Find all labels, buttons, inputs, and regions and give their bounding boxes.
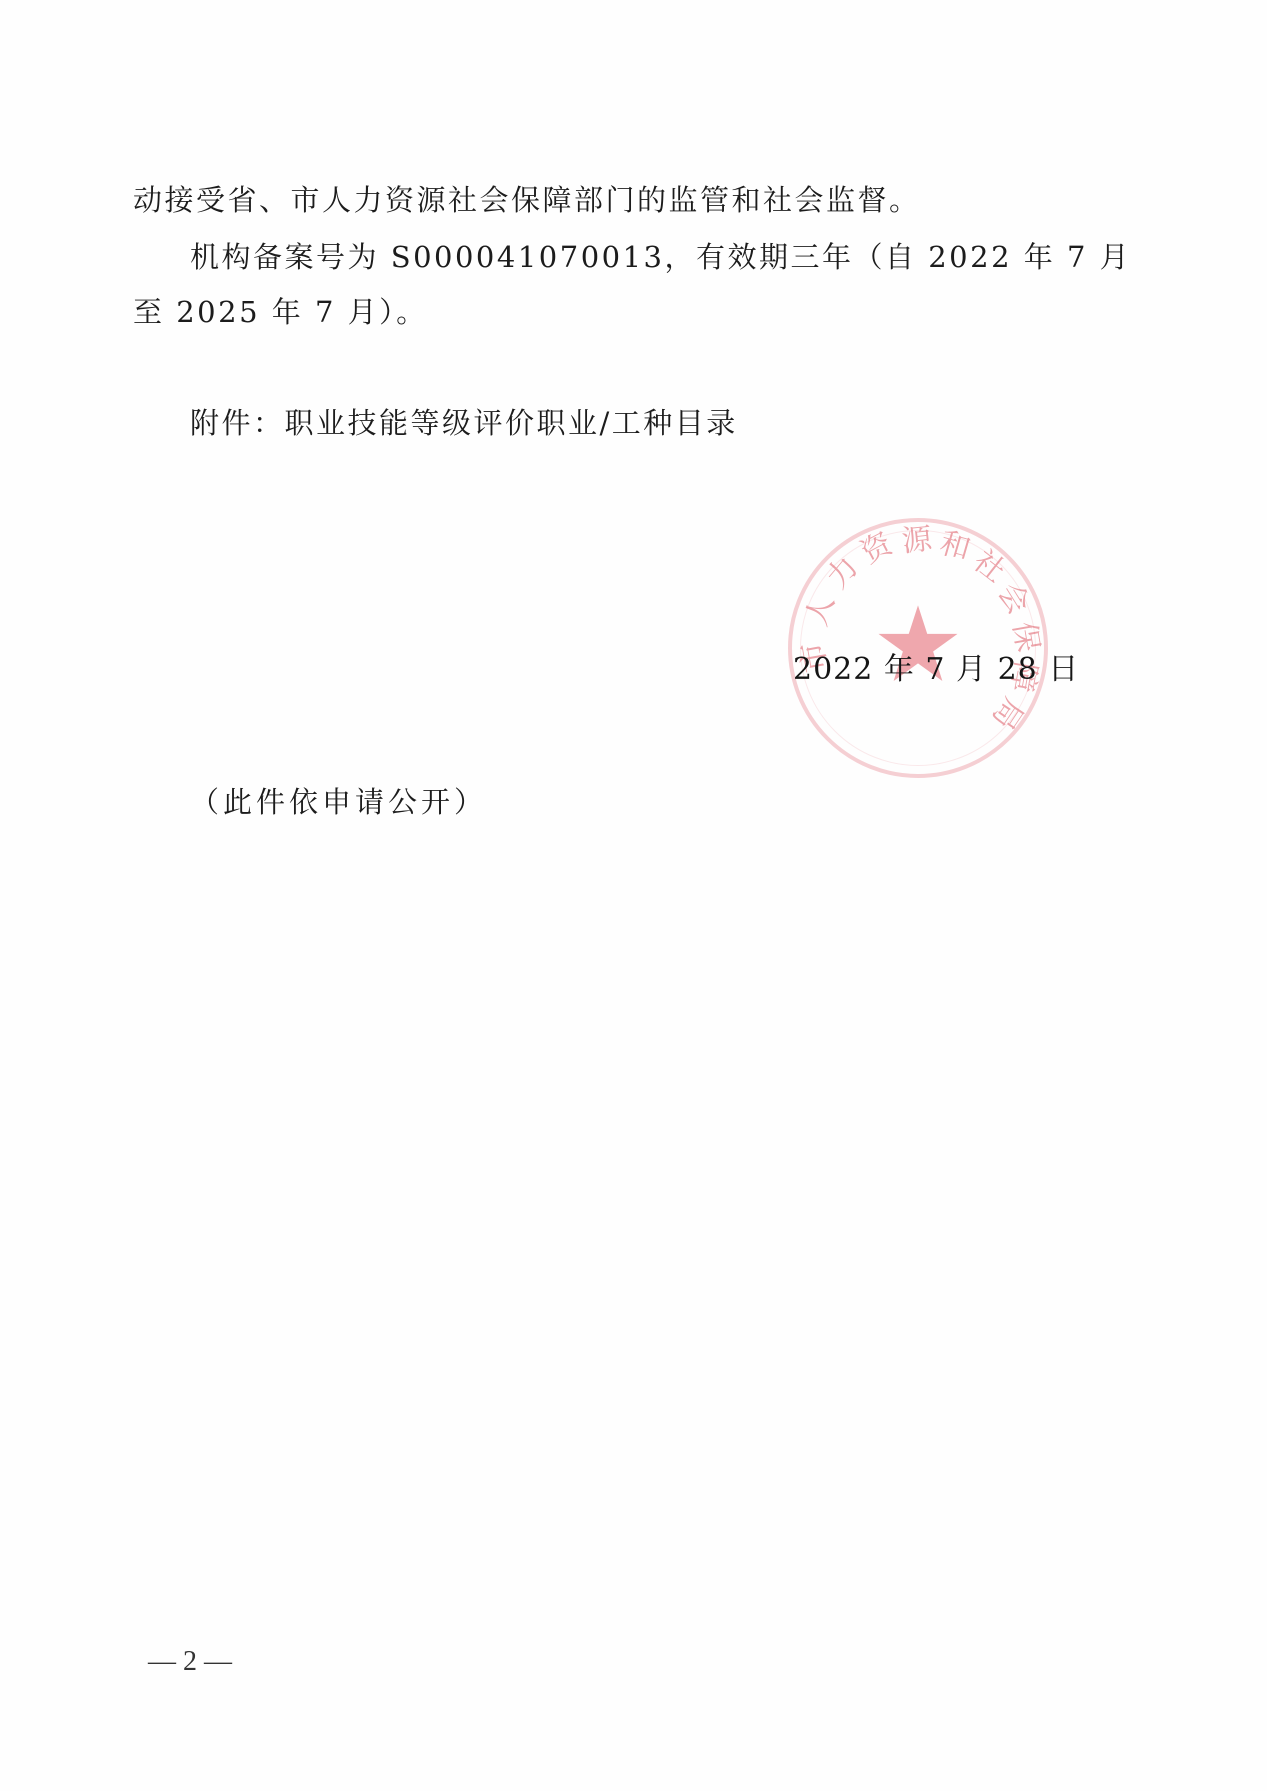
document-page: 动接受省、市人力资源社会保障部门的监管和社会监督。 机构备案号为 S000041…: [0, 0, 1267, 1791]
paragraph-registration-line1: 机构备案号为 S000041070013，有效期三年（自 2022 年 7 月: [190, 237, 1131, 277]
paragraph-continued: 动接受省、市人力资源社会保障部门的监管和社会监督。: [133, 180, 921, 220]
attachment-line: 附件：职业技能等级评价职业/工种目录: [190, 403, 738, 443]
signature-date: 2022 年 7 月 28 日: [793, 650, 1079, 690]
paragraph-registration-line2: 至 2025 年 7 月）。: [133, 292, 428, 332]
seal-char: 源: [898, 522, 935, 559]
official-seal: 市 人 力 资 源 和 社 会 保 障 局: [788, 518, 1048, 778]
page-number: — 2 —: [148, 1642, 232, 1682]
disclosure-note: （此件依申请公开）: [190, 782, 487, 822]
